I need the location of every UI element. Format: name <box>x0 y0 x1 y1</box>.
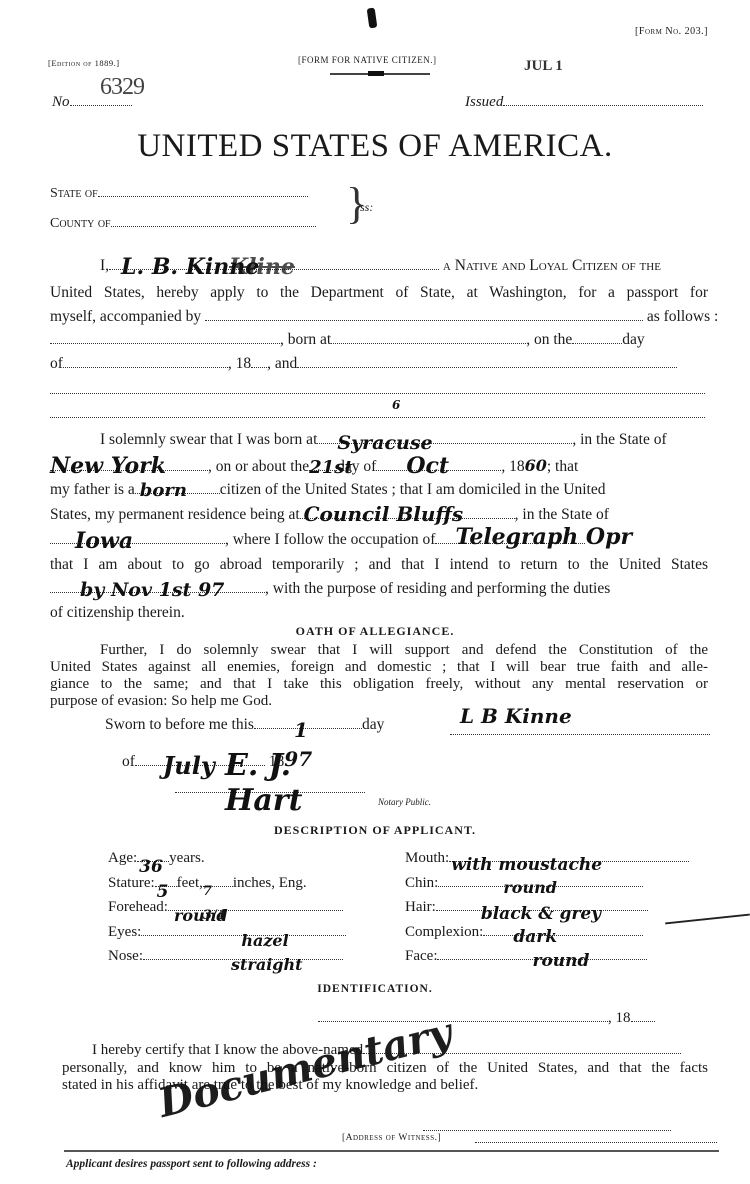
on-the-label: on the <box>534 331 572 348</box>
blank-line-1 <box>50 380 708 400</box>
residence-city: Council Bluffs <box>304 504 464 524</box>
i-label: I, <box>100 257 109 274</box>
eyes-value: hazel <box>241 929 288 954</box>
notary-signature-field: E. J. Hart <box>175 778 365 798</box>
birth-year: 60 <box>525 456 547 475</box>
sworn-day: 1 <box>294 718 308 742</box>
description-right: Mouth:with moustache Chin:round Hair:bla… <box>405 846 705 969</box>
hair-value: black & grey <box>481 902 601 927</box>
sworn-month: July <box>163 751 215 780</box>
mouth-label: Mouth: <box>405 850 449 866</box>
stature-feet: 5 <box>157 880 169 905</box>
ss-label: ss: <box>360 200 373 215</box>
witness-address-field <box>475 1130 717 1148</box>
document-title: UNITED STATES OF AMERICA. <box>0 128 750 165</box>
of-line: of, 18, and <box>50 354 708 374</box>
handwritten-mark: 6 <box>392 398 400 412</box>
return-line: by Nov 1st 97 , with the purpose of resi… <box>50 579 708 599</box>
occupation-line: Iowa , where I follow the occupation of … <box>50 530 708 550</box>
notary-label: Notary Public. <box>378 797 431 807</box>
complexion-label: Complexion: <box>405 924 483 940</box>
feet-label: feet, <box>177 875 203 891</box>
ornament-center <box>368 71 384 76</box>
birth-month: Oct <box>406 456 449 476</box>
and-label: and <box>275 355 297 372</box>
forehead-row: Forehead:round <box>108 895 368 920</box>
mouth-value: with moustache <box>451 853 602 878</box>
ink-mark <box>367 8 378 29</box>
allegiance-heading: OATH OF ALLEGIANCE. <box>0 624 750 639</box>
birth-year-prefix: 18 <box>509 458 525 475</box>
sworn-line: Sworn to before me this 1 day <box>105 716 384 734</box>
age-value: 36 <box>139 855 163 880</box>
blank-line-2 <box>50 404 708 424</box>
of-label: of <box>50 355 63 372</box>
applicant-signature-field: L B Kinne <box>450 716 710 740</box>
age-row: Age:36years. <box>108 846 368 871</box>
residence-label: States, my permanent residence being at <box>50 506 300 523</box>
as-follows-label: as follows : <box>647 308 718 325</box>
birth-state: New York <box>50 456 166 476</box>
on-or-about-label: on or about the <box>216 458 309 475</box>
occupation: Telegraph Opr <box>455 527 632 547</box>
sworn-label: Sworn to before me this <box>105 716 254 733</box>
identification-year-prefix: 18 <box>616 1010 631 1026</box>
mouth-row: Mouth:with moustache <box>405 846 705 871</box>
swear-label: I solemnly swear that I was born at <box>100 431 317 448</box>
struck-name: Kline <box>229 257 295 277</box>
divider-rule <box>64 1150 719 1152</box>
form-type-label: [FORM FOR NATIVE CITIZEN.] <box>298 55 437 65</box>
state-of-field: State of <box>50 186 308 202</box>
applicant-name-line: I, L. B. Kinne Kline a Native and Loyal … <box>100 256 708 276</box>
nose-value: straight <box>231 953 302 978</box>
age-label: Age: <box>108 850 137 866</box>
chin-value: round <box>503 876 557 901</box>
born-at-line: , born at, on theday <box>50 330 708 350</box>
in-state-of-label: , in the State of <box>572 431 666 448</box>
residence-line: States, my permanent residence being at … <box>50 505 708 525</box>
birth-date-line: New York , on or about the 21st day of O… <box>50 456 708 477</box>
applicant-signature: L B Kinne <box>460 704 572 728</box>
born-at-oath-line: I solemnly swear that I was born at Syra… <box>100 430 708 450</box>
county-of-label: County of <box>50 216 111 231</box>
form-number: [Form No. 203.] <box>635 26 708 37</box>
native-loyal-text: a Native and Loyal Citizen of the <box>443 257 661 274</box>
face-label: Face: <box>405 948 437 964</box>
county-of-field: County of <box>50 216 316 232</box>
return-date: by Nov 1st 97 <box>80 580 224 600</box>
send-to-label: Applicant desires passport sent to follo… <box>66 1158 317 1170</box>
accompanied-label: myself, accompanied by <box>50 308 201 325</box>
description-left: Age:36years. Stature:5feet,7 3/4inches, … <box>108 846 368 969</box>
face-value: round <box>532 949 589 974</box>
issued-label: Issued <box>465 94 503 110</box>
identification-heading: IDENTIFICATION. <box>0 983 750 995</box>
citizenship-therein: of citizenship therein. <box>50 603 708 623</box>
birthplace-city: Syracuse <box>337 433 432 453</box>
apply-text: United States, hereby apply to the Depar… <box>50 283 708 303</box>
forehead-value: round <box>174 904 228 929</box>
year-prefix: 18 <box>236 355 252 372</box>
hair-label: Hair: <box>405 899 436 915</box>
issued-field: Issued <box>465 94 703 111</box>
that-label: ; that <box>547 458 578 475</box>
address-of-witness-label: [Address of Witness.] <box>342 1133 441 1143</box>
notary-signature: E. J. Hart <box>225 748 365 818</box>
accompanied-line: myself, accompanied by as follows : <box>50 307 708 327</box>
nose-row: Nose:straight <box>108 944 368 969</box>
identification-date-line: , 18 <box>318 1010 655 1027</box>
abroad-text: that I am about to go abroad temporarily… <box>50 555 708 575</box>
of-label: of <box>122 753 135 770</box>
eyes-label: Eyes: <box>108 924 141 940</box>
complexion-value: dark <box>513 925 557 950</box>
born-at-label: born at <box>288 331 331 348</box>
father-citizenship: born <box>140 481 187 501</box>
chin-label: Chin: <box>405 875 438 891</box>
residence-state: Iowa <box>75 531 133 551</box>
age-suffix: years. <box>169 850 204 866</box>
residence-state-label: in the State of <box>522 506 609 523</box>
father-line: my father is a born citizen of the Unite… <box>50 480 708 500</box>
day-label: day <box>622 331 644 348</box>
purpose-text: with the purpose of residing and perform… <box>273 580 610 597</box>
inches-label: inches, Eng. <box>233 875 307 891</box>
father-label: my father is a <box>50 481 135 498</box>
nose-label: Nose: <box>108 948 143 964</box>
state-of-label: State of <box>50 186 98 201</box>
edition-label: [Edition of 1889.] <box>48 58 120 68</box>
eyes-row: Eyes:hazel <box>108 920 368 945</box>
number-label: No <box>52 94 70 110</box>
sworn-day-label: day <box>362 716 384 733</box>
occupation-label: where I follow the occupation of <box>233 531 436 548</box>
number-field: No <box>52 94 132 111</box>
issued-stamp: JUL 1 <box>524 58 563 75</box>
birth-day: 21st <box>309 458 353 478</box>
allegiance-line-4: purpose of evasion: So help me God. <box>50 691 708 711</box>
citizen-of-text: citizen of the United States ; that I am… <box>220 481 606 498</box>
description-heading: DESCRIPTION OF APPLICANT. <box>0 823 750 838</box>
